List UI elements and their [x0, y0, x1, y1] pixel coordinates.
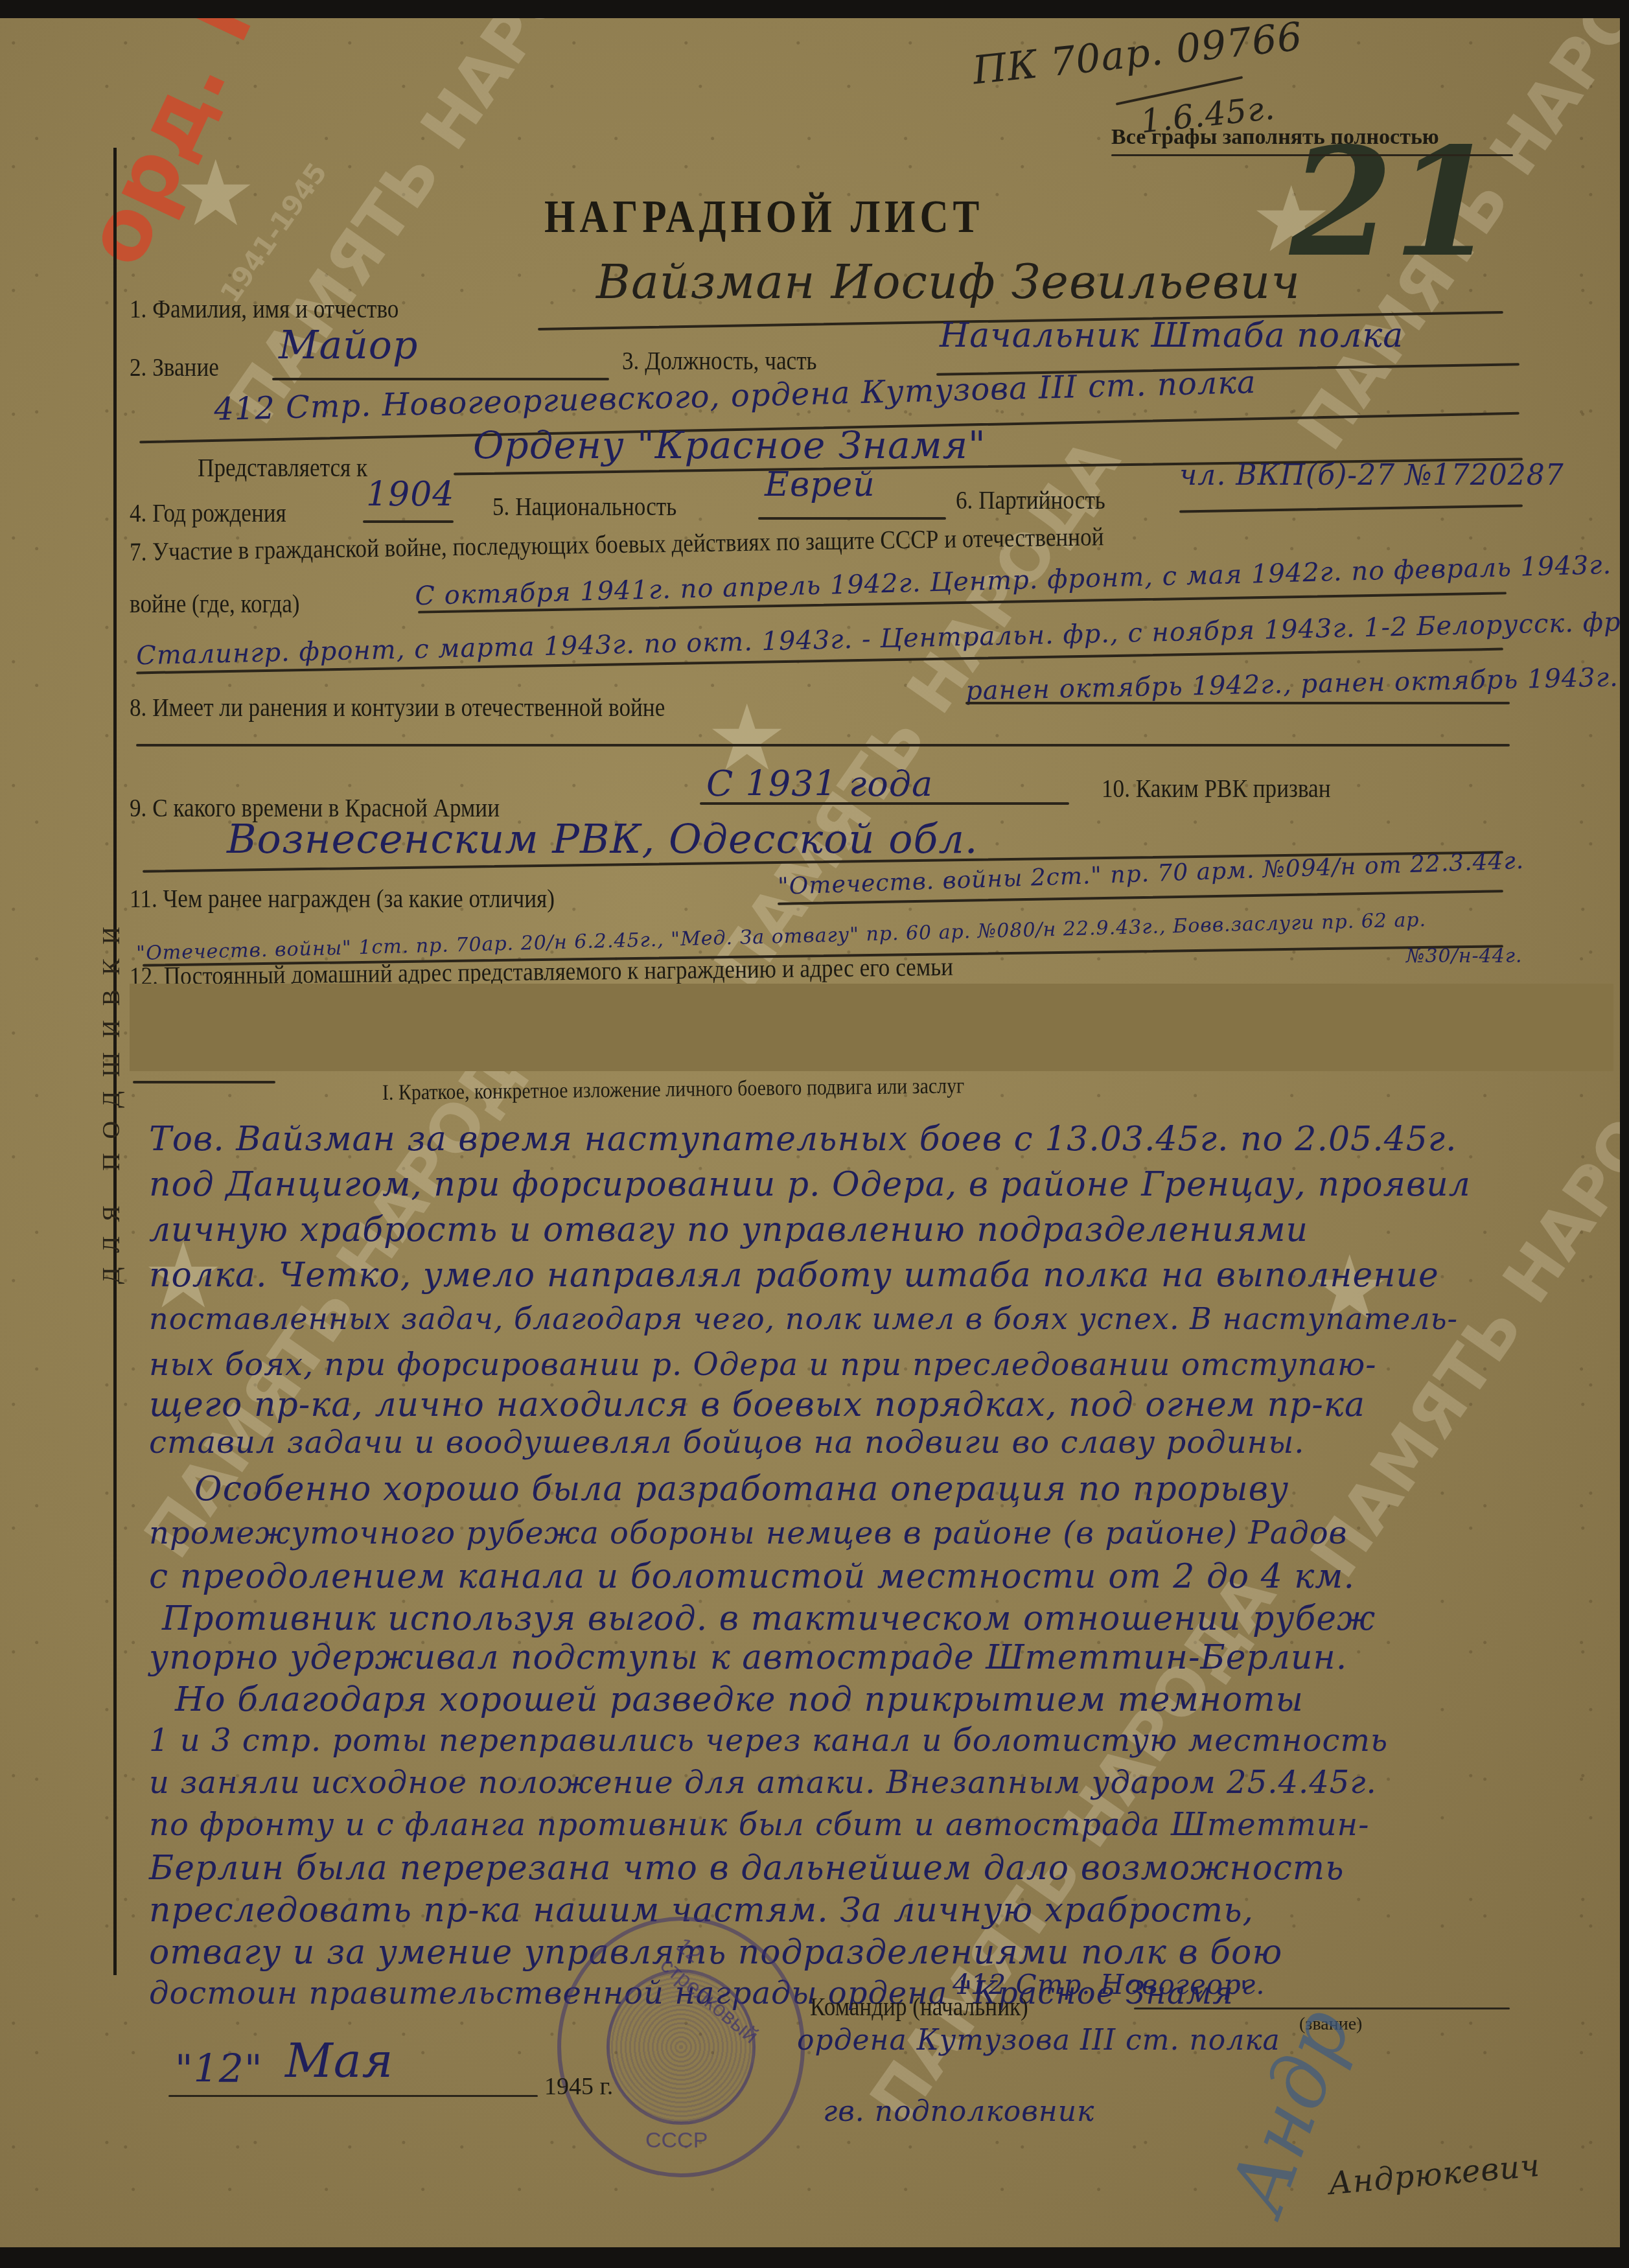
field-8-value[interactable]: ранен октябрь 1942г., ранен октябрь 1943…	[965, 662, 1619, 706]
field-11-value-line3[interactable]: №30/н-44г.	[1406, 945, 1522, 967]
narrative-line: поставленных задач, благодаря чего, полк…	[149, 1301, 1458, 1336]
field-4-label: 4. Год рождения	[130, 498, 286, 528]
field-1-label: 1. Фамилия, имя и отчество	[130, 294, 399, 324]
header-note: Все графы заполнять полностью	[1111, 125, 1439, 150]
narrative-line: щего пр-ка, лично находился в боевых пор…	[149, 1385, 1365, 1424]
field-11-label: 11. Чем ранее награжден (за какие отличи…	[130, 883, 555, 914]
signer-name: Андрюкевич	[1327, 2147, 1542, 2202]
award-sheet-paper: ★ 1941-1945 ПАМЯТЬ НАРОДА ★ ПАМЯТЬ НАРОД…	[0, 18, 1620, 2247]
field-5-value[interactable]: Еврей	[765, 465, 875, 504]
date-line	[168, 2095, 538, 2097]
field-7-label-line2: войне (где, когда)	[130, 588, 299, 619]
field-9-line	[700, 802, 1069, 805]
field-6-value[interactable]: чл. ВКП(б)-27 №1720287	[1179, 459, 1564, 492]
binding-margin-label: ДЛЯ ПОДШИВКИ	[97, 912, 123, 1284]
field-10-label: 10. Каким РВК призван	[1102, 773, 1331, 804]
field-8-line2	[136, 744, 1510, 746]
field-1-value[interactable]: Вайзман Иосиф Зевильевич	[596, 255, 1300, 309]
narrative-line: под Данцигом, при форсировании р. Одера,…	[149, 1165, 1471, 1204]
commander-unit: ордена Кутузова III ст. полка	[797, 2024, 1280, 2057]
narrative-line: ных боях, при форсировании р. Одера и пр…	[149, 1347, 1376, 1383]
header-note-underline	[1111, 154, 1513, 156]
field-9-value[interactable]: С 1931 года	[706, 763, 933, 804]
narrative-line: Особенно хорошо была разработана операци…	[194, 1470, 1289, 1509]
registry-note: ПК 70ар. 09766	[971, 18, 1305, 94]
commander-value: 412 Стр. Новогеорг.	[953, 1969, 1265, 2000]
narrative-line: и заняли исходное положение для атаки. В…	[149, 1765, 1377, 1801]
field-5-line	[758, 517, 946, 520]
presented-value[interactable]: Ордену "Красное Знамя"	[473, 423, 986, 467]
narrative-line: Берлин была перерезана что в дальнейшем …	[149, 1849, 1344, 1888]
page-title: НАГРАДНОЙ ЛИСТ	[544, 190, 984, 244]
redacted-address-area	[130, 984, 1613, 1071]
field-3-label: 3. Должность, часть	[622, 345, 817, 376]
field-2-label: 2. Звание	[130, 352, 219, 382]
field-6-label: 6. Партийность	[956, 485, 1105, 515]
date-year: 1945 г.	[544, 2072, 613, 2101]
field-2-value[interactable]: Майор	[279, 323, 418, 368]
field-8-line	[965, 702, 1510, 704]
narrative-line: Тов. Вайзман за время наступательных бое…	[149, 1120, 1457, 1159]
narrative-line: ставил задачи и воодушевлял бойцов на по…	[149, 1424, 1305, 1461]
field-4-line	[363, 520, 454, 523]
field-6-line	[1179, 504, 1523, 513]
narrative-line: Противник используя выгод. в тактическом…	[162, 1599, 1376, 1638]
official-stamp: 12 стрелковый СССР	[557, 1917, 805, 2177]
rank-value: гв. подполковник	[823, 2095, 1094, 2128]
narrative-line: полка. Четко, умело направлял работу шта…	[149, 1256, 1439, 1295]
presented-label: Представляется к	[198, 452, 367, 483]
field-10-value[interactable]: Вознесенским РВК, Одесской обл.	[227, 815, 978, 862]
section-divider	[133, 1081, 275, 1083]
narrative-line: упорно удерживал подступы к автостраде Ш…	[149, 1638, 1347, 1677]
narrative-line: промежуточного рубежа обороны немцев в р…	[149, 1515, 1348, 1551]
date-month: Мая	[285, 2033, 393, 2088]
date-day: "12"	[175, 2046, 263, 2092]
field-8-label: 8. Имеет ли ранения и контузии в отечест…	[130, 692, 665, 723]
narrative-line: 1 и 3 стр. роты переправились через кана…	[149, 1722, 1388, 1759]
narrative-line: личную храбрость и отвагу по управлению …	[149, 1210, 1308, 1249]
narrative-line: по фронту и с фланга противник был сбит …	[149, 1807, 1369, 1843]
field-2-line	[272, 378, 609, 380]
narrative-line: Но благодаря хорошей разведке под прикры…	[175, 1680, 1304, 1719]
field-5-label: 5. Национальность	[492, 491, 676, 522]
commander-line	[1134, 2008, 1510, 2009]
narrative-line: с преодолением канала и болотистой местн…	[149, 1557, 1355, 1596]
field-4-value[interactable]: 1904	[366, 475, 454, 514]
field-3-value[interactable]: Начальник Штаба полка	[940, 316, 1404, 355]
stamp-text-bottom: СССР	[645, 2128, 708, 2153]
